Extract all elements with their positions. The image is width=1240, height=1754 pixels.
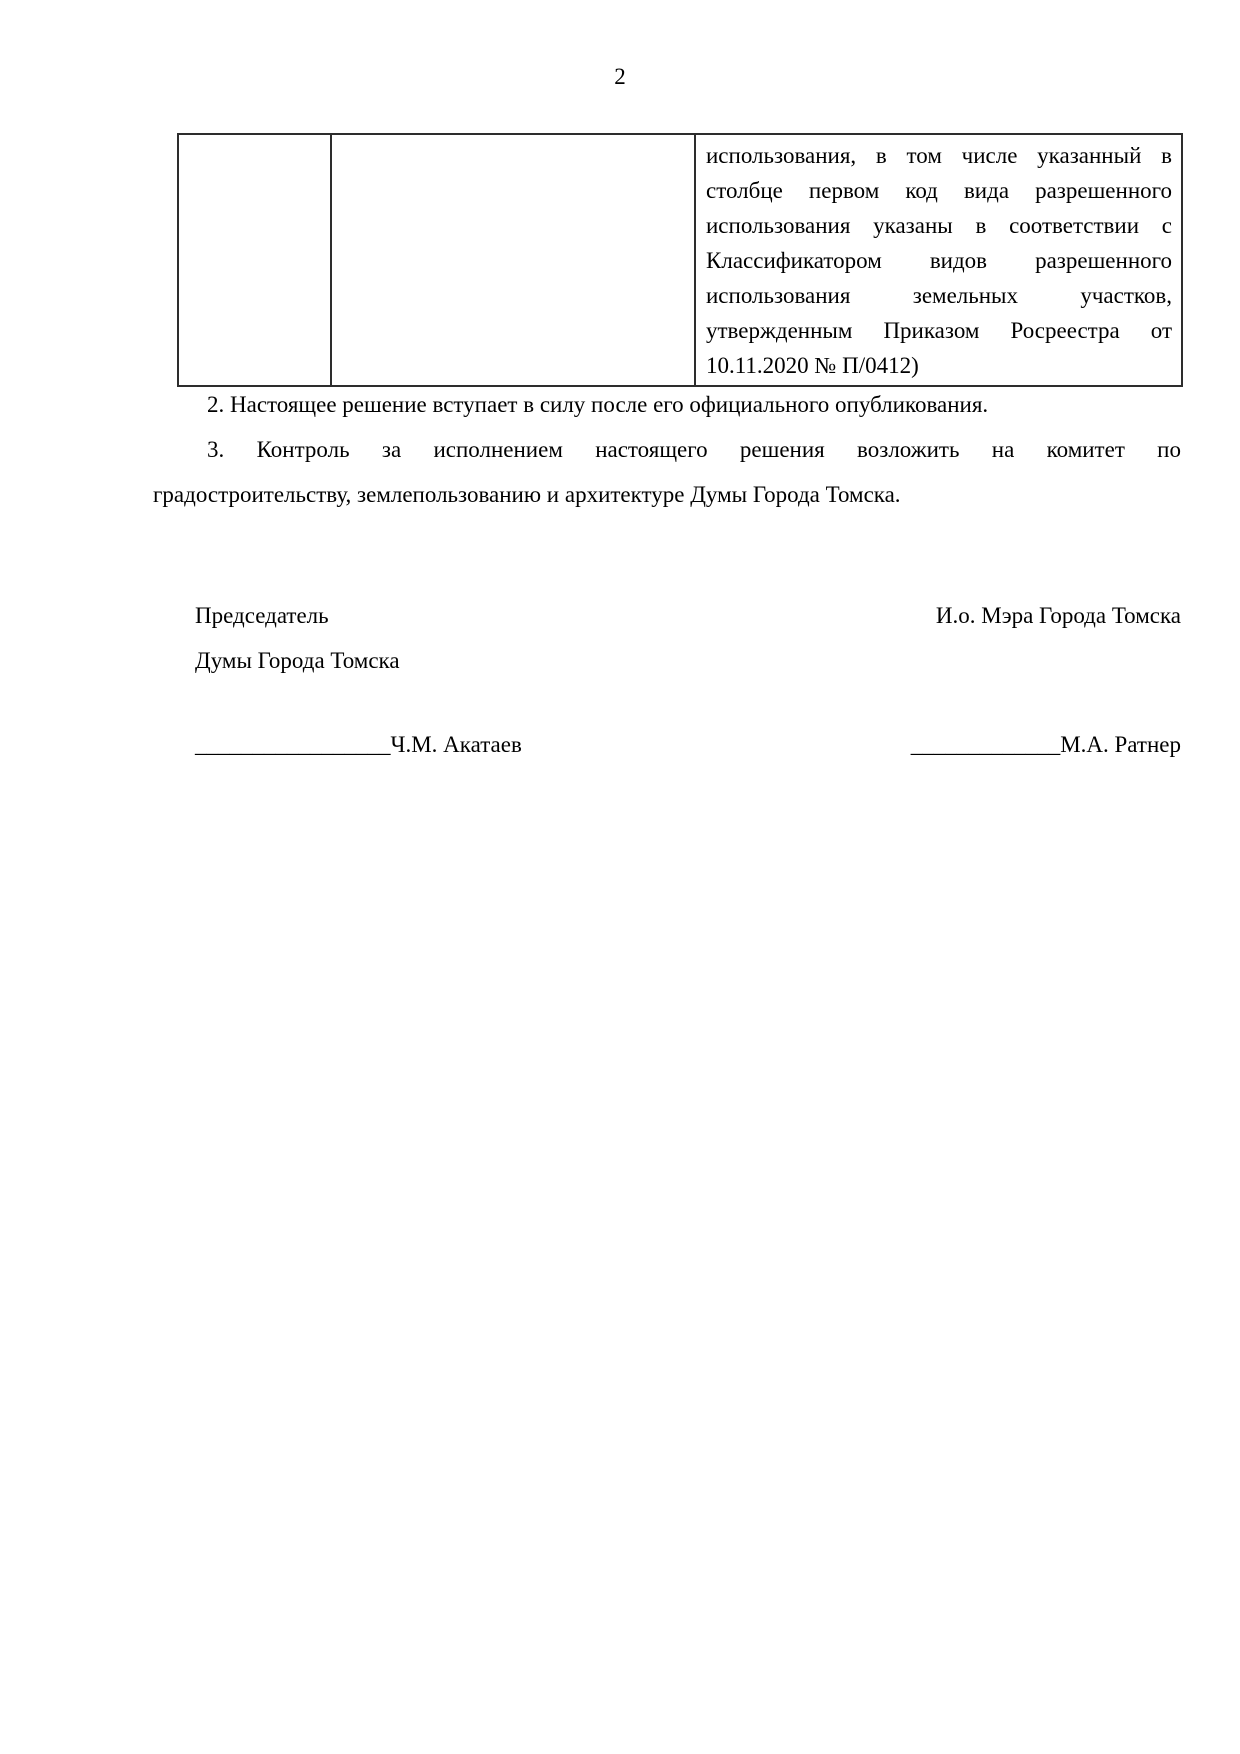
table-cell-code: [178, 134, 331, 386]
paragraph-3: 3. Контроль за исполнением настоящего ре…: [153, 427, 1181, 517]
table-cell-name: [331, 134, 695, 386]
note-line-5: использования земельных участков,: [706, 278, 1172, 313]
note-line-4: Классификатором видов разрешенного: [706, 243, 1172, 278]
document-page: { "page_number": "2", "table": { "col3_l…: [0, 0, 1240, 1754]
right-signer-name: М.А. Ратнер: [1060, 732, 1181, 757]
right-signature-line: _____________: [911, 732, 1061, 757]
table-row: использования, в том числе указанный в с…: [178, 134, 1182, 386]
signature-lines-row: _________________Ч.М. Акатаев __________…: [195, 730, 1181, 760]
note-line-6: утвержденным Приказом Росреестра от: [706, 313, 1172, 348]
right-signature: _____________М.А. Ратнер: [911, 730, 1181, 760]
signature-titles-row: Председатель И.о. Мэра Города Томска: [195, 601, 1181, 631]
note-line-1: использования, в том числе указанный в: [706, 138, 1172, 173]
paragraph-2: 2. Настоящее решение вступает в силу пос…: [153, 382, 1181, 427]
note-line-3: использования указаны в соответствии с: [706, 208, 1172, 243]
left-signer-title-line-1: Председатель: [195, 601, 329, 631]
resolution-table: использования, в том числе указанный в с…: [177, 133, 1183, 387]
note-line-2: столбце первом код вида разрешенного: [706, 173, 1172, 208]
note-line-7: 10.11.2020 № П/0412): [706, 348, 1172, 383]
paragraph-3-line-1: 3. Контроль за исполнением настоящего ре…: [153, 427, 1181, 472]
page-number: 2: [0, 62, 1240, 92]
signature-titles-row-2: Думы Города Томска: [195, 646, 1181, 676]
left-signature-line: _________________: [195, 732, 391, 757]
left-signer-name: Ч.М. Акатаев: [391, 732, 522, 757]
left-signer-title-line-2: Думы Города Томска: [195, 646, 400, 676]
paragraph-3-line-2: градостроительству, землепользованию и а…: [153, 472, 1181, 517]
table-cell-note: использования, в том числе указанный в с…: [695, 134, 1182, 386]
left-signature: _________________Ч.М. Акатаев: [195, 730, 522, 760]
right-signer-title: И.о. Мэра Города Томска: [936, 601, 1181, 631]
